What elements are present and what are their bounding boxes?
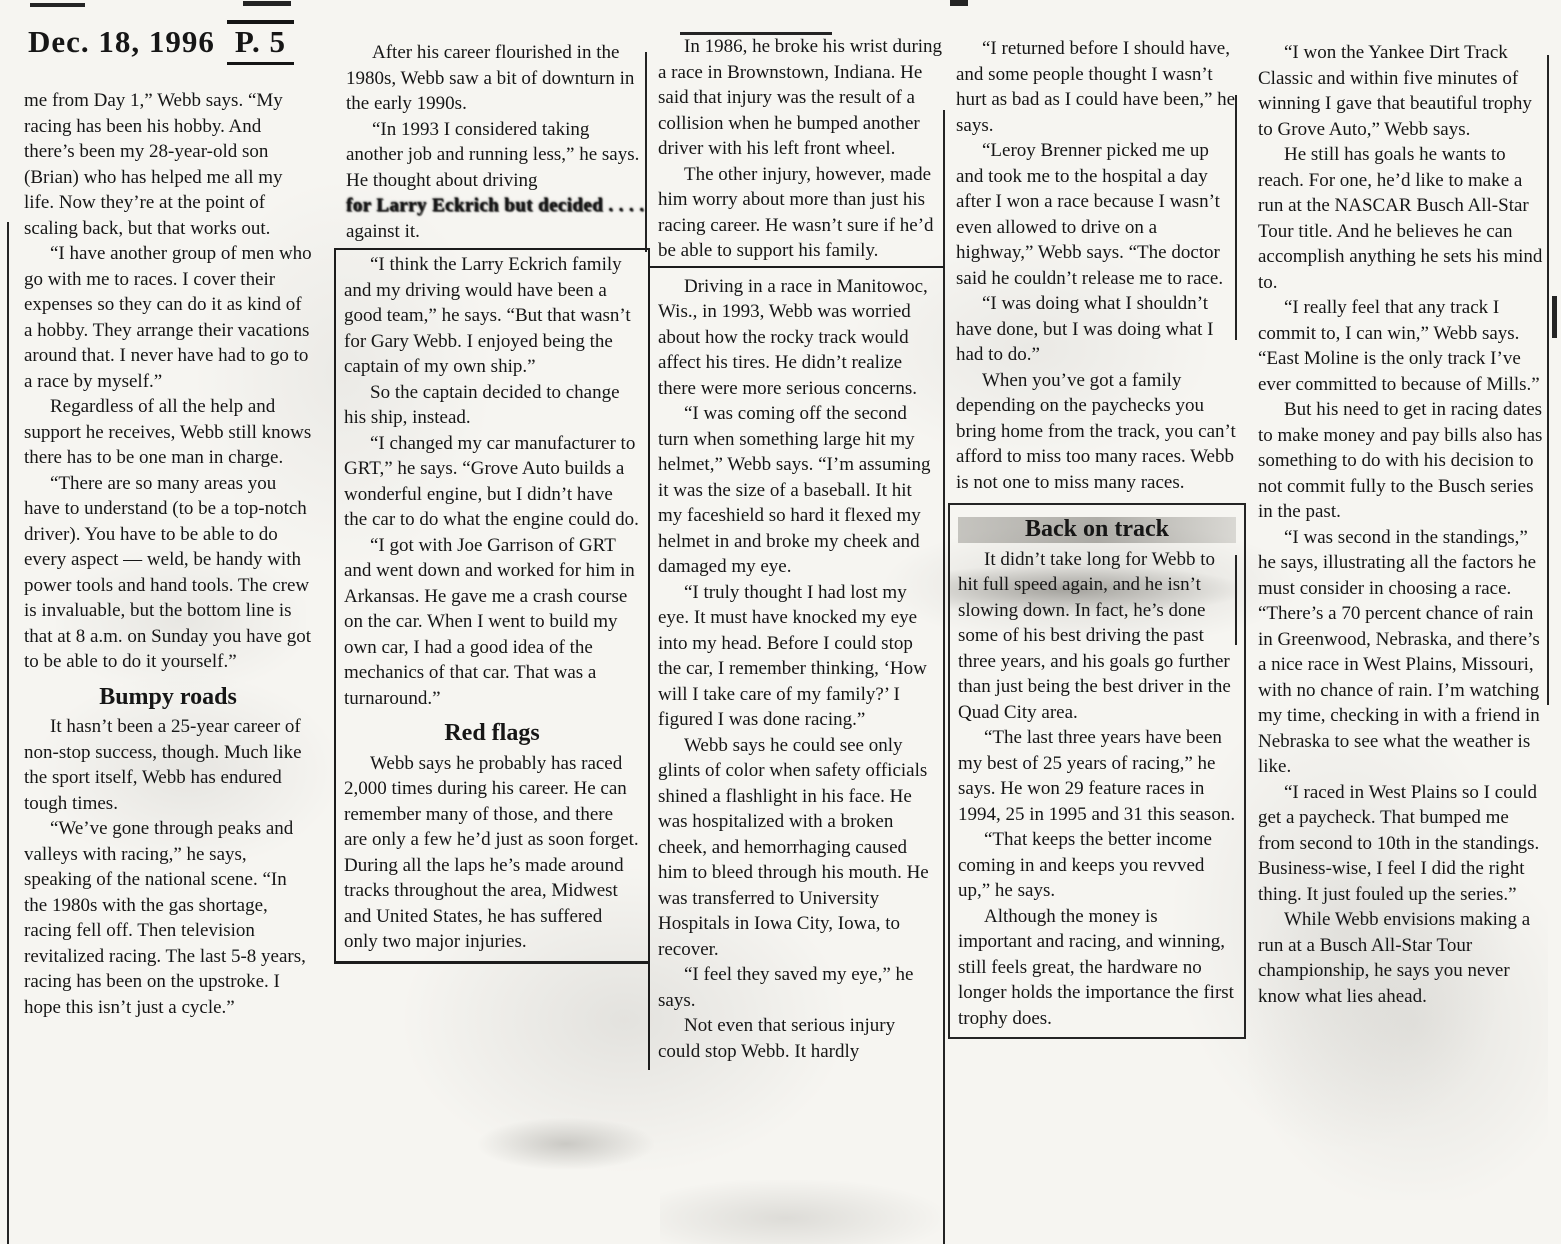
page-number: P. 5 [227, 20, 294, 65]
article-paragraph: “I think the Larry Eckrich family and my… [344, 252, 640, 380]
article-column-3: In 1986, he broke his wrist during a rac… [658, 34, 944, 1070]
scan-artifact-line [30, 3, 85, 7]
article-section: After his career flourished in the 1980s… [346, 40, 644, 244]
boxed-article-section: “I think the Larry Eckrich family and my… [334, 248, 650, 964]
article-paragraph: “We’ve gone through peaks and valleys wi… [24, 816, 312, 1020]
newspaper-clipping-page: Dec. 18, 1996P. 5 me from Day 1,” Webb s… [0, 0, 1561, 1244]
article-paragraph: “I truly thought I had lost my eye. It m… [658, 580, 936, 733]
article-paragraph: “I was coming off the second turn when s… [658, 401, 936, 580]
article-paragraph: Although the money is important and raci… [958, 904, 1236, 1032]
article-paragraph: “I really feel that any track I commit t… [1258, 295, 1548, 397]
section-heading: Red flags [344, 721, 640, 747]
boxed-article-section: Back on trackIt didn’t take long for Web… [948, 503, 1246, 1039]
article-paragraph: So the captain decided to change his shi… [344, 380, 640, 431]
cut-line [1552, 296, 1557, 338]
article-paragraph: “That keeps the better income coming in … [958, 827, 1236, 904]
article-paragraph: It didn’t take long for Webb to hit full… [958, 547, 1236, 726]
article-paragraph: “Leroy Brenner picked me up and took me … [956, 138, 1238, 291]
article-paragraph: against it. [346, 219, 644, 245]
article-paragraph: It hasn’t been a 25-year career of non-s… [24, 714, 312, 816]
article-column-4: “I returned before I should have, and so… [956, 36, 1238, 1039]
article-paragraph: “I feel they saved my eye,” he says. [658, 962, 936, 1013]
article-paragraph: “In 1993 I considered taking another job… [346, 117, 644, 194]
smudged-overprint-line: for Larry Eckrich but decided . . . . [346, 193, 644, 219]
article-paragraph: When you’ve got a family depending on th… [956, 368, 1238, 496]
clipping-date: Dec. 18, 1996 [28, 24, 215, 59]
boxed-article-section: Driving in a race in Manitowoc, Wis., in… [648, 266, 944, 1071]
article-paragraph: While Webb envisions making a run at a B… [1258, 907, 1548, 1009]
article-paragraph: Webb says he could see only glints of co… [658, 733, 936, 963]
article-column-2: After his career flourished in the 1980s… [346, 40, 644, 964]
article-paragraph: Not even that serious injury could stop … [658, 1013, 936, 1064]
article-paragraph: But his need to get in racing dates to m… [1258, 397, 1548, 525]
article-paragraph: “I was second in the standings,” he says… [1258, 525, 1548, 780]
scan-smudge [478, 1118, 654, 1170]
article-paragraph: He still has goals he wants to reach. Fo… [1258, 142, 1548, 295]
cut-line [645, 52, 647, 252]
article-paragraph: Webb says he probably has raced 2,000 ti… [344, 751, 640, 955]
article-paragraph: “There are so many areas you have to und… [24, 471, 312, 675]
article-paragraph: After his career flourished in the 1980s… [346, 40, 644, 117]
cut-line [7, 222, 9, 1244]
article-paragraph: “The last three years have been my best … [958, 725, 1236, 827]
scan-smudge [660, 1180, 940, 1244]
article-section: In 1986, he broke his wrist during a rac… [658, 34, 944, 264]
scan-artifact-line [950, 0, 968, 6]
article-paragraph: Driving in a race in Manitowoc, Wis., in… [658, 274, 936, 402]
article-paragraph: “I raced in West Plains so I could get a… [1258, 780, 1548, 908]
section-heading: Bumpy roads [24, 685, 312, 711]
article-paragraph: me from Day 1,” Webb says. “My racing ha… [24, 88, 312, 241]
article-section: “I won the Yankee Dirt Track Classic and… [1258, 40, 1548, 1009]
article-column-1: me from Day 1,” Webb says. “My racing ha… [24, 88, 312, 1020]
date-stamp: Dec. 18, 1996P. 5 [28, 20, 294, 65]
article-paragraph: “I got with Joe Garrison of GRT and went… [344, 533, 640, 712]
article-column-5: “I won the Yankee Dirt Track Classic and… [1258, 40, 1548, 1009]
scan-artifact-line [243, 1, 291, 6]
article-section: me from Day 1,” Webb says. “My racing ha… [24, 88, 312, 1020]
article-paragraph: Regardless of all the help and support h… [24, 394, 312, 471]
article-paragraph: In 1986, he broke his wrist during a rac… [658, 34, 944, 162]
article-paragraph: “I was doing what I shouldn’t have done,… [956, 291, 1238, 368]
article-paragraph: The other injury, however, made him worr… [658, 162, 944, 264]
article-paragraph: “I won the Yankee Dirt Track Classic and… [1258, 40, 1548, 142]
article-section: “I returned before I should have, and so… [956, 36, 1238, 495]
article-paragraph: “I changed my car manufacturer to GRT,” … [344, 431, 640, 533]
section-heading: Back on track [958, 517, 1236, 543]
article-paragraph: “I have another group of men who go with… [24, 241, 312, 394]
article-paragraph: “I returned before I should have, and so… [956, 36, 1238, 138]
